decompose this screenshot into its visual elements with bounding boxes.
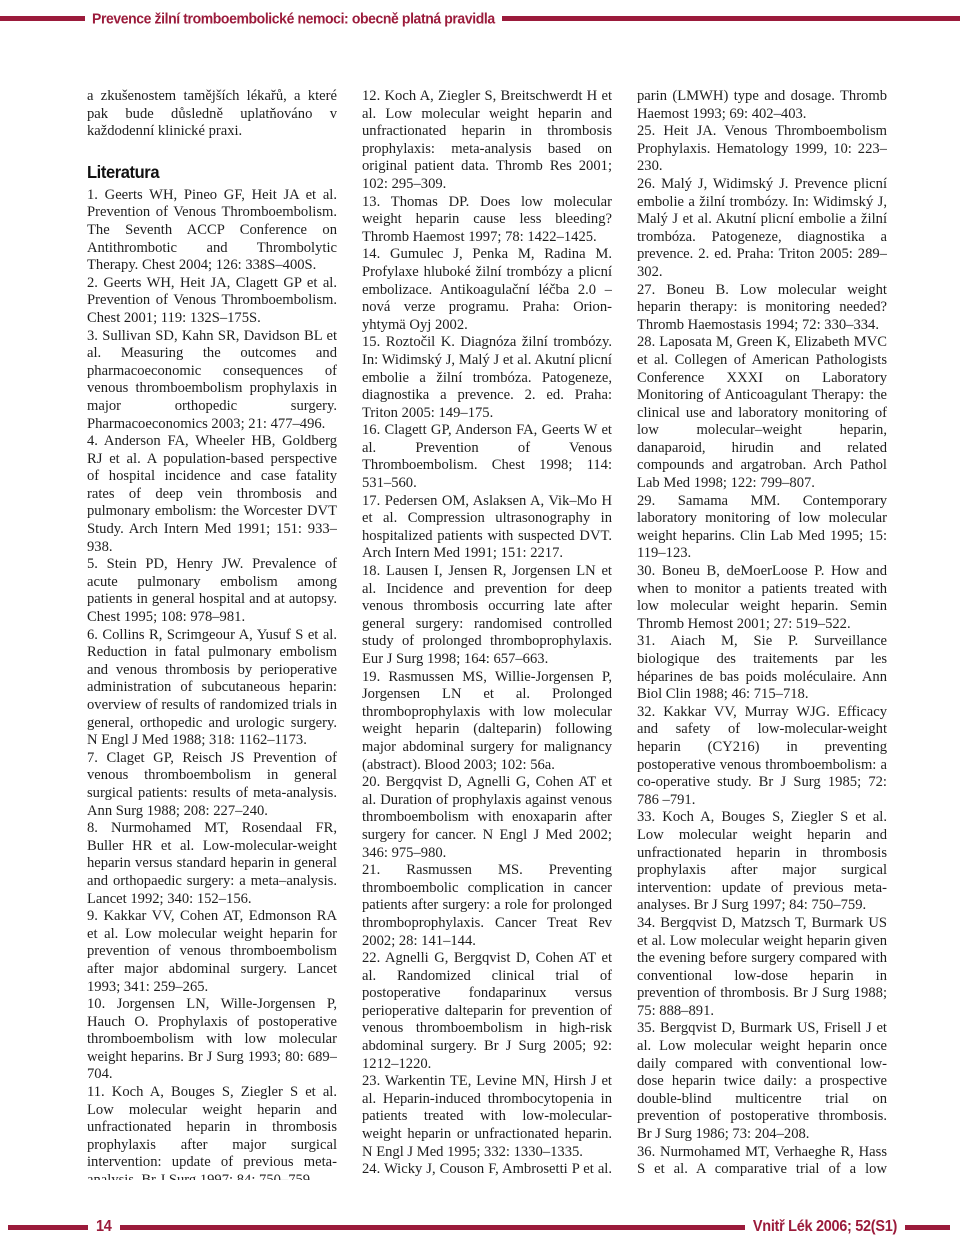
- reference-entry: 22. Agnelli G, Bergqvist D, Cohen AT et …: [362, 950, 612, 1073]
- reference-entry: 4. Anderson FA, Wheeler HB, Goldberg RJ …: [87, 433, 337, 556]
- reference-entry: 24. Wicky J, Couson F, Ambrosetti P et a…: [362, 1161, 612, 1180]
- reference-entry: 12. Koch A, Ziegler S, Breitschwerdt H e…: [362, 88, 612, 194]
- header-rule-right: [502, 16, 960, 21]
- reference-entry: 6. Collins R, Scrimgeour A, Yusuf S et a…: [87, 627, 337, 750]
- reference-entry: 36. Nurmohamed MT, Verhaeghe R, Hass S e…: [637, 1144, 887, 1180]
- reference-entry: 11. Koch A, Bouges S, Ziegler S et al. L…: [87, 1084, 337, 1180]
- references-section-heading: Literatura: [87, 163, 337, 183]
- reference-entry: 33. Koch A, Bouges S, Ziegler S et al. L…: [637, 809, 887, 915]
- reference-entry: 30. Boneu B, deMoerLoose P. How and when…: [637, 563, 887, 633]
- reference-entry: 18. Lausen I, Jensen R, Jorgensen LN et …: [362, 563, 612, 669]
- reference-entry: 34. Bergqvist D, Matzsch T, Burmark US e…: [637, 915, 887, 1021]
- text-column-2: 12. Koch A, Ziegler S, Breitschwerdt H e…: [362, 88, 612, 1180]
- reference-entry: 10. Jorgensen LN, Wille-Jorgensen P, Hau…: [87, 996, 337, 1084]
- reference-entry: 8. Nurmohamed MT, Rosendaal FR, Buller H…: [87, 820, 337, 908]
- reference-entry: 20. Bergqvist D, Agnelli G, Cohen AT et …: [362, 774, 612, 862]
- header-rule-left: [0, 16, 85, 21]
- reference-entry: 5. Stein PD, Henry JW. Prevalence of acu…: [87, 556, 337, 626]
- footer-rule-middle: [120, 1225, 745, 1230]
- text-column-3: parin (LMWH) type and dosage. Thromb Hae…: [637, 88, 887, 1180]
- text-column-1: a zkušenostem tamějších lékařů, a které …: [87, 88, 337, 1180]
- footer-rule-right: [905, 1225, 950, 1230]
- page-footer: 14 Vnitř Lék 2006; 52(S1): [0, 1218, 960, 1236]
- reference-entry: 17. Pedersen OM, Aslaksen A, Vik–Mo H et…: [362, 493, 612, 563]
- intro-paragraph: a zkušenostem tamějších lékařů, a které …: [87, 88, 337, 141]
- reference-entry: parin (LMWH) type and dosage. Thromb Hae…: [637, 88, 887, 123]
- reference-entry: 23. Warkentin TE, Levine MN, Hirsh J et …: [362, 1073, 612, 1161]
- reference-entry: 27. Boneu B. Low molecular weight hepari…: [637, 282, 887, 335]
- footer-rule-left: [8, 1225, 88, 1230]
- reference-entry: 35. Bergqvist D, Burmark US, Frisell J e…: [637, 1020, 887, 1143]
- reference-entry: 14. Gumulec J, Penka M, Radina M. Profyl…: [362, 246, 612, 334]
- journal-page: { "colors": { "accent": "#9b1b3b", "body…: [0, 0, 960, 1242]
- reference-entry: 21. Rasmussen MS. Preventing thromboembo…: [362, 862, 612, 950]
- reference-entry: 1. Geerts WH, Pineo GF, Heit JA et al. P…: [87, 187, 337, 275]
- reference-entry: 26. Malý J, Widimský J. Prevence plicní …: [637, 176, 887, 282]
- reference-entry: 2. Geerts WH, Heit JA, Clagett GP et al.…: [87, 275, 337, 328]
- reference-entry: 19. Rasmussen MS, Willie-Jorgensen P, Jo…: [362, 669, 612, 775]
- article-body: a zkušenostem tamějších lékařů, a které …: [87, 88, 887, 1180]
- reference-entry: 16. Clagett GP, Anderson FA, Geerts W et…: [362, 422, 612, 492]
- reference-list-3: parin (LMWH) type and dosage. Thromb Hae…: [637, 88, 887, 1180]
- reference-entry: 29. Samama MM. Contemporary laboratory m…: [637, 493, 887, 563]
- reference-list-2: 12. Koch A, Ziegler S, Breitschwerdt H e…: [362, 88, 612, 1180]
- reference-list-1: 1. Geerts WH, Pineo GF, Heit JA et al. P…: [87, 187, 337, 1180]
- reference-entry: 25. Heit JA. Venous Thromboembolism Prop…: [637, 123, 887, 176]
- reference-entry: 28. Laposata M, Green K, Elizabeth MVC e…: [637, 334, 887, 492]
- page-number: 14: [88, 1219, 120, 1236]
- page-header: Prevence žilní tromboembolické nemoci: o…: [0, 10, 960, 26]
- journal-citation: Vnitř Lék 2006; 52(S1): [745, 1219, 905, 1236]
- running-head-title: Prevence žilní tromboembolické nemoci: o…: [85, 10, 502, 27]
- reference-entry: 7. Claget GP, Reisch JS Prevention of ve…: [87, 750, 337, 820]
- reference-entry: 32. Kakkar VV, Murray WJG. Efficacy and …: [637, 704, 887, 810]
- reference-entry: 31. Aiach M, Sie P. Surveillance biologi…: [637, 633, 887, 703]
- reference-entry: 9. Kakkar VV, Cohen AT, Edmonson RA et a…: [87, 908, 337, 996]
- reference-entry: 13. Thomas DP. Does low molecular weight…: [362, 194, 612, 247]
- reference-entry: 3. Sullivan SD, Kahn SR, Davidson BL et …: [87, 328, 337, 434]
- reference-entry: 15. Roztočil K. Diagnóza žilní trombózy.…: [362, 334, 612, 422]
